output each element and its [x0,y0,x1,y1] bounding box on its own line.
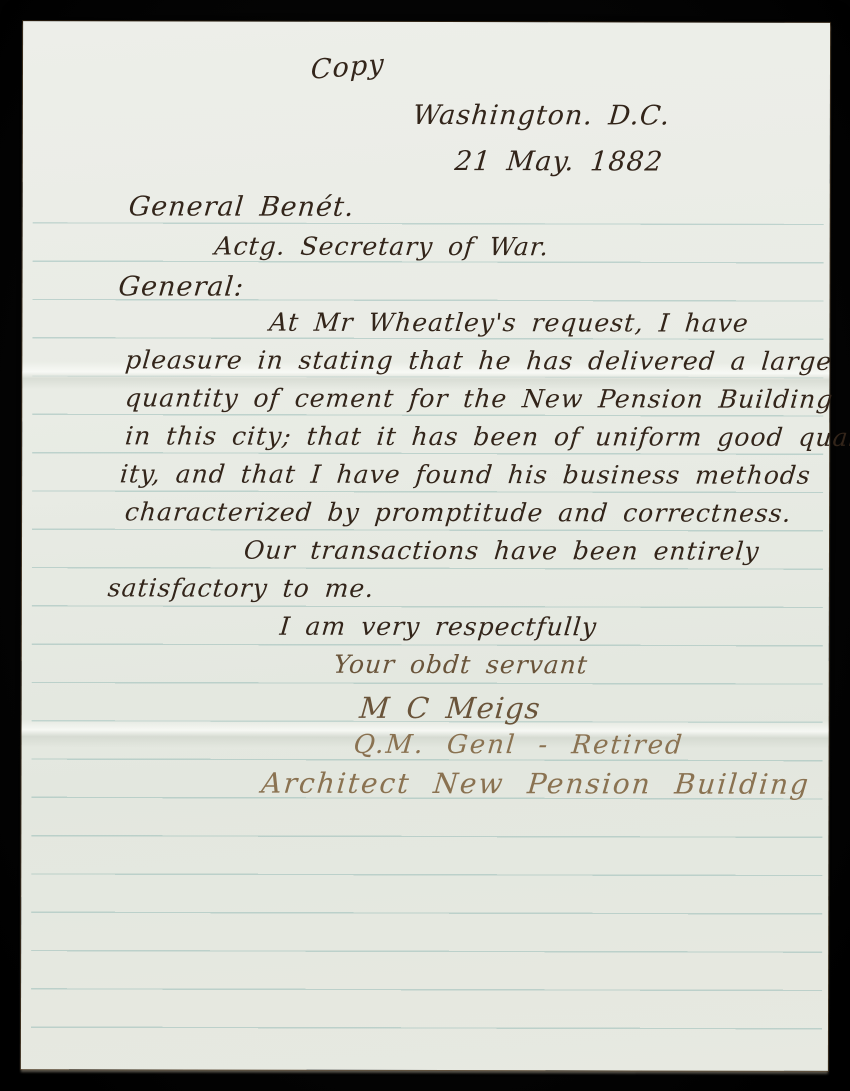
body-line: satisfactory to me. [107,575,376,601]
body-line: pleasure in stating that he has delivere… [124,347,833,373]
closing-line-2: Your obdt servant [333,652,589,678]
closing-line-1: I am very respectfully [279,614,598,640]
signature-name: M C Meigs [358,694,542,723]
salutation: General: [117,273,245,300]
recipient-name: General Benét. [128,193,356,220]
dateline-date: 21 May. 1882 [454,148,665,175]
body-line: ity, and that I have found his business … [119,461,812,487]
recipient-title: Actg. Secretary of War. [214,234,551,260]
body-line: At Mr Wheatley's request, I have [268,310,750,336]
body-line: in this city; that it has been of unifor… [124,423,850,450]
body-line: Our transactions have been entirely [243,538,761,564]
signature-rank: Q.M. Genl - Retired [352,732,684,759]
signature-role: Architect New Pension Building [260,770,811,799]
body-line: quantity of cement for the New Pension B… [124,385,834,411]
copy-annotation: Copy [311,51,385,84]
photo-backdrop: Copy Washington. D.C. 21 May. 1882 Gener… [0,0,850,1091]
body-line: characterized by promptitude and correct… [124,499,793,525]
dateline-place: Washington. D.C. [412,102,672,130]
letter-paper: Copy Washington. D.C. 21 May. 1882 Gener… [21,21,830,1071]
